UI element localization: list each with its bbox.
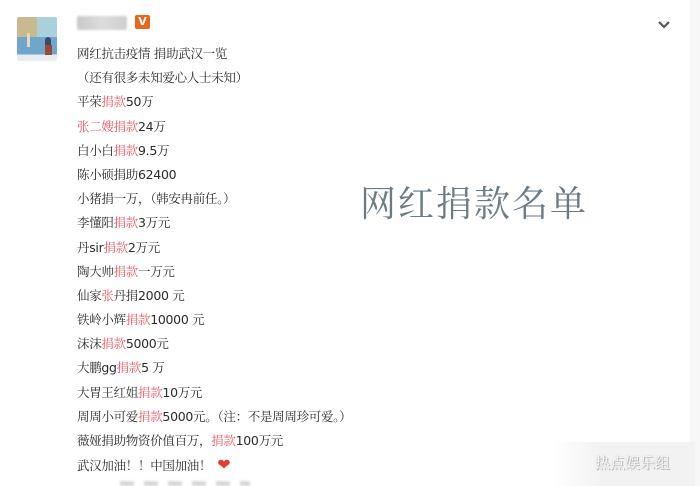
entry-text: 大胃王红姐 [77,385,138,400]
highlight-text: 捐款 [101,94,125,109]
list-item: 大胃王红姐捐款10万元 [77,381,351,405]
entry-text: 大鹏gg [77,360,117,375]
list-item: 丹sir捐款2万元 [77,236,351,260]
highlight-text: 捐款 [126,312,150,327]
truncated-text [120,481,250,486]
avatar[interactable] [17,17,57,61]
highlight-text: 捐款 [101,336,125,351]
list-item: 张二嫂捐款24万 [77,115,351,139]
list-item: 周周小可爱捐款5000元。（注：不是周周珍可爱。） [77,405,351,429]
entry-text: 陈小硕捐助62400 [77,167,176,182]
list-item: 白小白捐款9.5万 [77,139,351,163]
entry-text: 一万元 [138,264,175,279]
scrollbar-track[interactable] [690,0,700,486]
list-item: 陈小硕捐助62400 [77,163,351,187]
entry-text: 3万元 [138,215,170,230]
list-item: 李懂阳捐款3万元 [77,211,351,235]
highlight-text: 捐款 [114,264,138,279]
highlight-text: 捐款 [117,360,141,375]
list-item: 沫沫捐款5000元 [77,332,351,356]
entry-text: 陶大帅 [77,264,114,279]
entry-text: 丹sir [77,240,103,255]
list-item: 小猪捐一万，（韩安冉前任。） [77,187,351,211]
entry-text: 5000元。（注：不是周周珍可爱。） [162,409,351,424]
highlight-text: 捐款 [114,215,138,230]
highlight-text: 张 [101,288,113,303]
donation-list: 平荣捐款50万张二嫂捐款24万白小白捐款9.5万陈小硕捐助62400小猪捐一万，… [77,90,351,477]
entry-text: 平荣 [77,94,101,109]
list-item: 大鹏gg捐款5 万 [77,356,351,380]
highlight-text: 捐款 [103,240,127,255]
list-item: 薇娅捐助物资价值百万，捐款100万元 [77,429,351,453]
entry-text: 沫沫 [77,336,101,351]
entry-text: 丹捐2000 元 [114,288,185,303]
list-item: 铁岭小辉捐款10000 元 [77,308,351,332]
entry-text: 铁岭小辉 [77,312,126,327]
highlight-text: 捐款 [114,143,138,158]
highlight-text: 捐款 [114,119,138,134]
entry-text: 武汉加油！！中国加油！ [77,458,211,473]
entry-text: 100万元 [236,433,283,448]
chevron-down-icon[interactable] [657,20,671,30]
entry-text: 周周小可爱 [77,409,138,424]
entry-text: 50万 [126,94,154,109]
overlay-title: 网红捐款名单 [360,176,588,227]
watermark: 热点娱乐组 [553,442,695,486]
list-item: 仙家张丹捐2000 元 [77,284,351,308]
post-content: 网红抗击疫情 捐助武汉一览 （还有很多未知爱心人士未知） 平荣捐款50万张二嫂捐… [77,42,351,477]
entry-text: 10000 元 [150,312,204,327]
entry-text: 5000元 [126,336,169,351]
entry-text: 9.5万 [138,143,169,158]
entry-text: 白小白 [77,143,114,158]
highlight-text: 捐款 [138,385,162,400]
entry-text: 5 万 [141,360,165,375]
entry-text: 李懂阳 [77,215,114,230]
entry-text: 仙家 [77,288,101,303]
post-title-line: 网红抗击疫情 捐助武汉一览 [77,42,351,66]
heart-icon: ❤ [217,455,230,474]
highlight-text: 张二嫂 [77,119,114,134]
watermark-text: 热点娱乐组 [595,452,670,473]
highlight-text: 捐款 [138,409,162,424]
entry-text: 2万元 [128,240,160,255]
entry-text: 薇娅捐助物资价值百万， [77,433,211,448]
entry-text: 10万元 [162,385,202,400]
post-note-line: （还有很多未知爱心人士未知） [77,66,351,90]
entry-text: 小猪捐一万，（韩安冉前任。） [77,191,235,206]
list-item: 平荣捐款50万 [77,90,351,114]
entry-text: 24万 [138,119,166,134]
username-blurred[interactable] [77,16,127,30]
highlight-text: 捐款 [211,433,235,448]
list-item: 陶大帅捐款一万元 [77,260,351,284]
verified-badge-icon: V [135,15,150,29]
list-item: 武汉加油！！中国加油！❤ [77,453,351,477]
